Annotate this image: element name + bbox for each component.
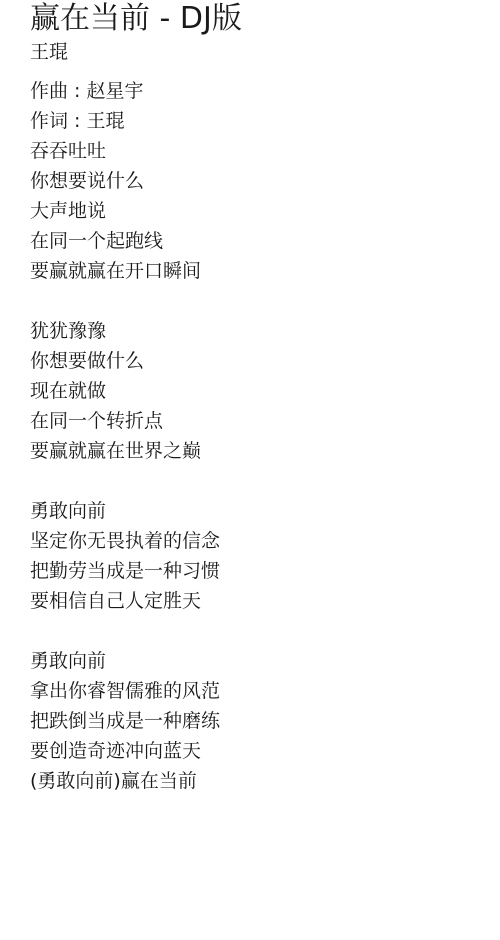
lyrics-body: 作曲 : 赵星宇 作词 : 王琨 吞吞吐吐 你想要说什么 大声地说 在同一个起跑…: [30, 76, 500, 796]
lyric-line: 现在就做: [30, 376, 500, 406]
lyric-line: 大声地说: [30, 196, 500, 226]
lyric-line: 勇敢向前: [30, 646, 500, 676]
song-title: 赢在当前 - DJ版: [30, 0, 500, 37]
lyric-line: 在同一个转折点: [30, 406, 500, 436]
lyric-line: 犹犹豫豫: [30, 316, 500, 346]
stanza-break: [30, 286, 500, 316]
lyric-line: 勇敢向前: [30, 496, 500, 526]
lyric-line: 吞吞吐吐: [30, 136, 500, 166]
lyric-line: 要赢就赢在世界之巅: [30, 436, 500, 466]
lyric-line: 把勤劳当成是一种习惯: [30, 556, 500, 586]
lyric-line: 你想要说什么: [30, 166, 500, 196]
stanza-break: [30, 466, 500, 496]
song-artist: 王琨: [30, 38, 500, 66]
lyric-line: 拿出你睿智儒雅的风范: [30, 676, 500, 706]
lyric-line: 要相信自己人定胜天: [30, 586, 500, 616]
lyric-line: 在同一个起跑线: [30, 226, 500, 256]
lyric-line: 把跌倒当成是一种磨练: [30, 706, 500, 736]
lyric-line: 要赢就赢在开口瞬间: [30, 256, 500, 286]
lyric-line: 作曲 : 赵星宇: [30, 76, 500, 106]
lyric-line: 你想要做什么: [30, 346, 500, 376]
lyrics-page: 赢在当前 - DJ版 王琨 作曲 : 赵星宇 作词 : 王琨 吞吞吐吐 你想要说…: [0, 0, 500, 796]
stanza-break: [30, 616, 500, 646]
lyric-line: (勇敢向前)赢在当前: [30, 766, 500, 796]
lyric-line: 坚定你无畏执着的信念: [30, 526, 500, 556]
lyric-line: 作词 : 王琨: [30, 106, 500, 136]
lyric-line: 要创造奇迹冲向蓝天: [30, 736, 500, 766]
